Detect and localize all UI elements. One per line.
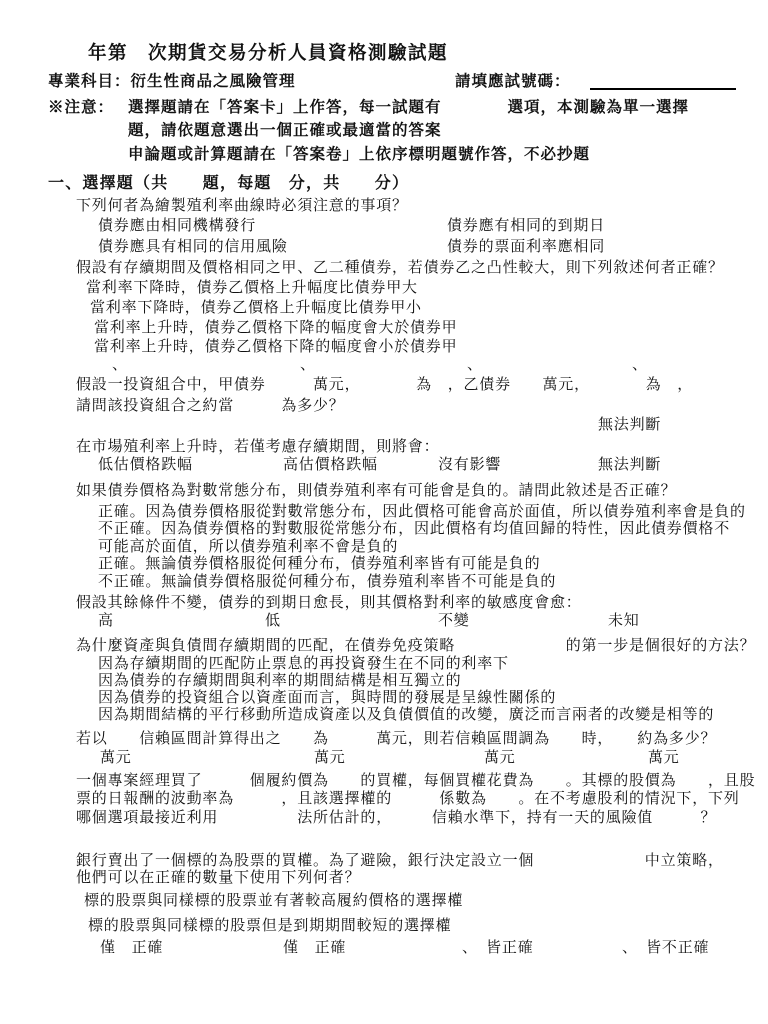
q3-option-1: 無法判斷 [598,417,661,434]
section-heading: 一、選擇題（共 題，每題 分，共 分） [48,175,409,193]
q10-option-2: 僅 正確 [283,940,346,957]
q8-option-3: 萬元 [484,750,516,767]
q1-text: 下列何者為繪製殖利率曲線時必須注意的事項？ [76,198,408,215]
q4-option-2: 高估價格跌幅 [283,457,378,474]
q1-option-1: 債券應由相同機構發行 [98,218,256,235]
q10-text-line-1: 銀行賣出了一個標的為股票的買權。為了避險，銀行決定設立一個 中立策略， [76,853,724,870]
q10-text-line-2: 他們可以在正確的數量下使用下列何者？ [76,870,360,887]
q9-text-line-1: 一個專案經理買了 個履約價為 的買權，每個買權花費為 。其標的股價為 ，且股 [76,773,755,790]
q7-option-2: 因為債券的存續期間與利率的期間結構是相互獨立的 [98,673,461,690]
q5-option-2: 不正確。因為債券價格的對數服從常態分布，因此價格有均值回歸的特性，因此債券價格不 [98,521,730,538]
q8-option-1: 萬元 [100,750,132,767]
q4-text: 在市場殖利率上升時，若僅考慮存續期間，則將會： [76,439,439,456]
candidate-number-label: 請填應試號碼： [455,73,571,90]
q5-text: 如果債券價格為對數常態分布，則債券殖利率有可能會是負的。請問此敘述是否正確？ [76,483,676,500]
q10-statement-2: 標的股票與同樣標的股票但是到期期間較短的選擇權 [88,918,451,935]
q10-statement-1: 標的股票與同樣標的股票並有著較高履約價格的選擇權 [84,893,463,910]
q5-option-1: 正確。因為債券價格服從對數常態分布，因此價格可能會高於面值，所以債券殖利率會是負… [98,504,746,521]
q2-statement-4: 當利率上升時，債券乙價格下降的幅度會小於債券甲 [94,339,457,356]
q4-option-3: 沒有影響 [438,457,501,474]
q9-text-line-3: 哪個選項最接近利用 法所估計的， 信賴水準下，持有一天的風險值 ？ [76,810,716,827]
q6-option-3: 不變 [438,613,470,630]
subject-line: 專業科目：衍生性商品之風險管理 [48,73,296,90]
notice-line-3: 申論題或計算題請在「答案卷」上依序標明題號作答，不必抄題 [128,146,590,163]
q7-text: 為什麼資產與負債間存續期間的匹配，在債券免疫策略 的第一步是個很好的方法？ [76,638,755,655]
q6-option-1: 高 [98,613,114,630]
q6-option-4: 未知 [608,613,640,630]
q2-text: 假設有存續期間及價格相同之甲、乙二種債券，若債券乙之凸性較大，則下列敘述何者正確… [76,260,724,277]
q5-option-2-wrap: 可能高於面值，所以債券殖利率不會是負的 [98,539,398,556]
q5-option-4: 不正確。無論債券價格服從何種分布，債券殖利率皆不可能是負的 [98,574,556,591]
q4-option-1: 低估價格跌幅 [98,457,193,474]
q1-option-4: 債券的票面利率應相同 [447,239,605,256]
q8-text: 若以 信賴區間計算得出之 為 萬元，則若信賴區間調為 時， 約為多少？ [76,731,716,748]
q3-text-line-1: 假設一投資組合中，甲債券 萬元， 為 ，乙債券 萬元， 為 ， [76,377,693,394]
q4-option-4: 無法判斷 [598,457,661,474]
q7-option-3: 因為債券的投資組合以資產面而言，與時間的發展是呈線性關係的 [98,690,556,707]
q6-text: 假設其餘條件不變，債券的到期日愈長，則其價格對利率的敏感度會愈： [76,595,582,612]
q8-option-4: 萬元 [648,750,680,767]
q2-option-mark-2: 、 [300,357,316,374]
q6-option-2: 低 [265,613,281,630]
q2-statement-3: 當利率上升時，債券乙價格下降的幅度會大於債券甲 [94,320,457,337]
q9-text-line-2: 票的日報酬的波動率為 ，且該選擇權的 係數為 。在不考慮股利的情況下，下列 [76,791,740,808]
q5-option-3: 正確。無論債券價格服從何種分布，債券殖利率皆有可能是負的 [98,556,540,573]
q10-option-4: 、 皆不正確 [622,940,709,957]
candidate-number-blank [590,88,736,90]
q8-option-2: 萬元 [314,750,346,767]
q1-option-3: 債券應具有相同的信用風險 [98,239,288,256]
q3-text-line-2: 請問該投資組合之約當 為多少？ [76,398,345,415]
q10-option-3: 、 皆正確 [462,940,534,957]
q1-option-2: 債券應有相同的到期日 [447,218,605,235]
q2-statement-2: 當利率下降時，債券乙價格上升幅度比債券甲小 [90,300,422,317]
notice-label: ※注意： [48,99,114,116]
q7-option-1: 因為存續期間的匹配防止票息的再投資發生在不同的利率下 [98,656,509,673]
notice-line-2: 題，請依題意選出一個正確或最適當的答案 [128,122,442,139]
q2-option-mark-4: 、 [632,357,648,374]
q2-statement-1: 當利率下降時，債券乙價格上升幅度比債券甲大 [86,280,418,297]
q2-option-mark-1: 、 [112,357,128,374]
q2-option-mark-3: 、 [467,357,483,374]
notice-line-1: 選擇題請在「答案卡」上作答，每一試題有 選項，本測驗為單一選擇 [128,99,689,116]
exam-page: 年第 次期貨交易分析人員資格測驗試題 專業科目：衍生性商品之風險管理 請填應試號… [0,0,768,1024]
q10-option-1: 僅 正確 [100,940,163,957]
q7-option-4: 因為期間結構的平行移動所造成資產以及負債價值的改變，廣泛而言兩者的改變是相等的 [98,707,714,724]
exam-title: 年第 次期貨交易分析人員資格測驗試題 [88,44,448,64]
